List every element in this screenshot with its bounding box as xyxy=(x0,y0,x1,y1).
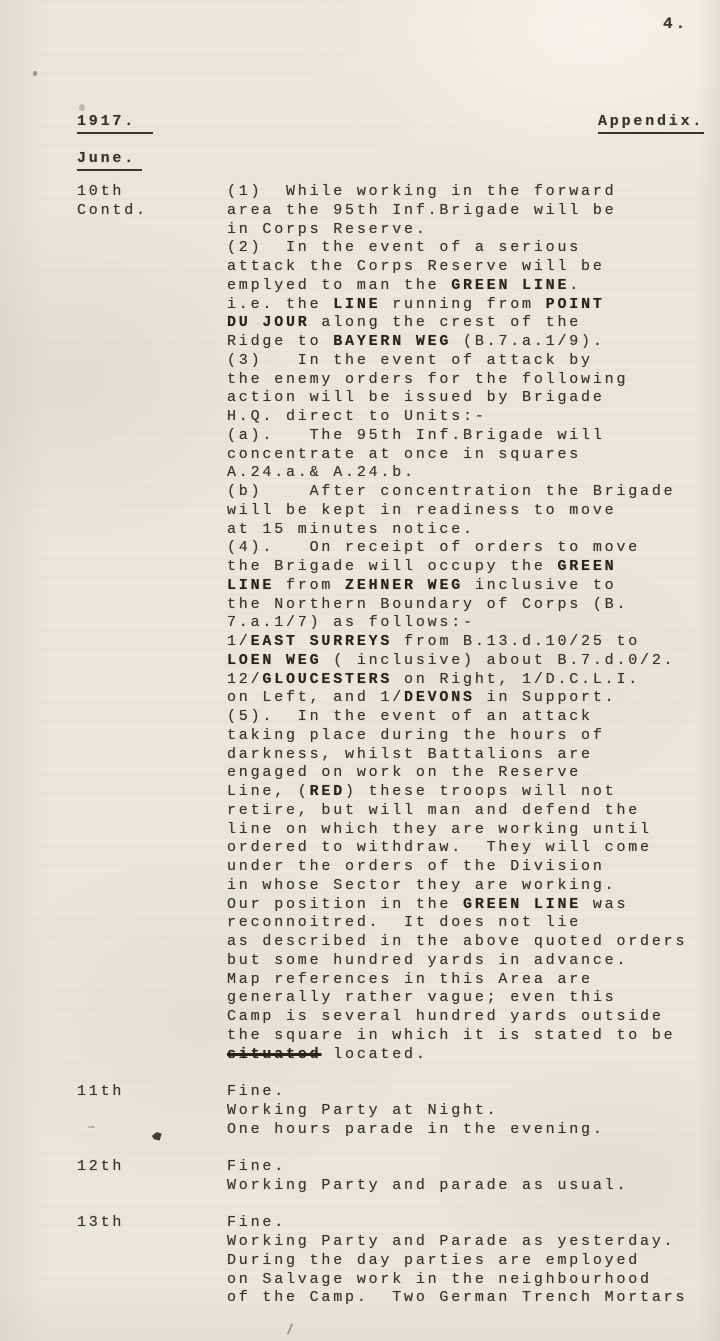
entry-text: Fine.Working Party at Night.One hours pa… xyxy=(227,1083,714,1139)
entry-line: reconnoitred. It does not lie xyxy=(227,914,714,933)
entry-line: Map references in this Area are xyxy=(227,971,714,990)
entry-line: H.Q. direct to Units:- xyxy=(227,408,714,427)
entry-line: ordered to withdraw. They will come xyxy=(227,839,714,858)
diary-entries: 10thContd.(1) While working in the forwa… xyxy=(77,183,714,1308)
entry-line: A.24.a.& A.24.b. xyxy=(227,464,714,483)
entry-line: LINE from ZEHNER WEG inclusive to xyxy=(227,577,714,596)
entry-line: in Corps Reserve. xyxy=(227,221,714,240)
entry-line: 12/GLOUCESTERS on Right, 1/D.C.L.I. xyxy=(227,671,714,690)
diary-entry: 11thFine.Working Party at Night.One hour… xyxy=(77,1083,714,1139)
entry-line: Working Party and Parade as yesterday. xyxy=(227,1233,714,1252)
entry-line: (2) In the event of a serious xyxy=(227,239,714,258)
entry-line: on Left, and 1/DEVONS in Support. xyxy=(227,689,714,708)
entry-line: area the 95th Inf.Brigade will be xyxy=(227,202,714,221)
entry-line: Fine. xyxy=(227,1083,714,1102)
entry-date: 11th xyxy=(77,1083,227,1102)
entry-line: (b) After concentration the Brigade xyxy=(227,483,714,502)
entry-line: the enemy orders for the following xyxy=(227,371,714,390)
entry-line: i.e. the LINE running from POINT xyxy=(227,296,714,315)
entry-line: Line, (RED) these troops will not xyxy=(227,783,714,802)
entry-line: 7.a.1/7) as follows:- xyxy=(227,614,714,633)
entry-line: Our position in the GREEN LINE was xyxy=(227,896,714,915)
document-page: 4. 1917. Appendix. June. 10thContd.(1) W… xyxy=(0,0,720,1341)
entry-line: Working Party and parade as usual. xyxy=(227,1177,714,1196)
entry-line: During the day parties are employed xyxy=(227,1252,714,1271)
entry-line: in whose Sector they are working. xyxy=(227,877,714,896)
entry-date: 12th xyxy=(77,1158,227,1177)
entry-line: on Salvage work in the neighbourhood xyxy=(227,1271,714,1290)
entry-date-line: 11th xyxy=(77,1083,227,1102)
entry-line: darkness, whilst Battalions are xyxy=(227,746,714,765)
entry-line: One hours parade in the evening. xyxy=(227,1121,714,1140)
paper-speck xyxy=(78,103,86,111)
paper-smudge xyxy=(88,1126,95,1128)
entry-line: retire, but will man and defend the xyxy=(227,802,714,821)
entry-line: (4). On receipt of orders to move xyxy=(227,539,714,558)
entry-line: Fine. xyxy=(227,1214,714,1233)
diary-entry: 10thContd.(1) While working in the forwa… xyxy=(77,183,714,1064)
entry-line: emplyed to man the GREEN LINE. xyxy=(227,277,714,296)
page-number: 4. xyxy=(663,15,688,33)
entry-date: 10thContd. xyxy=(77,183,227,221)
entry-line: (3) In the event of attack by xyxy=(227,352,714,371)
entry-line: Ridge to BAYERN WEG (B.7.a.1/9). xyxy=(227,333,714,352)
entry-line: the square in which it is stated to be xyxy=(227,1027,714,1046)
entry-line: will be kept in readiness to move xyxy=(227,502,714,521)
entry-line: under the orders of the Division xyxy=(227,858,714,877)
pen-slash-mark xyxy=(287,1323,293,1335)
paper-speck xyxy=(33,71,37,76)
entry-line: line on which they are working until xyxy=(227,821,714,840)
entry-text: Fine.Working Party and parade as usual. xyxy=(227,1158,714,1196)
entry-line: at 15 minutes notice. xyxy=(227,521,714,540)
entry-line: the Northern Boundary of Corps (B. xyxy=(227,596,714,615)
year-heading: 1917. xyxy=(77,113,153,134)
entry-line: of the Camp. Two German Trench Mortars xyxy=(227,1289,714,1308)
entry-text: (1) While working in the forwardarea the… xyxy=(227,183,714,1064)
entry-line: the Brigade will occupy the GREEN xyxy=(227,558,714,577)
entry-line: (a). The 95th Inf.Brigade will xyxy=(227,427,714,446)
entry-line: Camp is several hundred yards outside xyxy=(227,1008,714,1027)
entry-line: Working Party at Night. xyxy=(227,1102,714,1121)
entry-line: engaged on work on the Reserve xyxy=(227,764,714,783)
entry-line: 1/EAST SURREYS from B.13.d.10/25 to xyxy=(227,633,714,652)
entry-line: but some hundred yards in advance. xyxy=(227,952,714,971)
diary-entry: 12thFine.Working Party and parade as usu… xyxy=(77,1158,714,1196)
entry-line: DU JOUR along the crest of the xyxy=(227,314,714,333)
entry-line: (1) While working in the forward xyxy=(227,183,714,202)
entry-text: Fine.Working Party and Parade as yesterd… xyxy=(227,1214,714,1308)
entry-line: concentrate at once in squares xyxy=(227,446,714,465)
entry-line: (5). In the event of an attack xyxy=(227,708,714,727)
entry-line: generally rather vague; even this xyxy=(227,989,714,1008)
entry-date-line: 12th xyxy=(77,1158,227,1177)
entry-line: situated located. xyxy=(227,1046,714,1065)
diary-entry: 13thFine.Working Party and Parade as yes… xyxy=(77,1214,714,1308)
entry-line: taking place during the hours of xyxy=(227,727,714,746)
entry-date-line: 10th xyxy=(77,183,227,202)
entry-line: attack the Corps Reserve will be xyxy=(227,258,714,277)
entry-date-line: 13th xyxy=(77,1214,227,1233)
entry-date: 13th xyxy=(77,1214,227,1233)
entry-line: action will be issued by Brigade xyxy=(227,389,714,408)
appendix-heading: Appendix. xyxy=(598,113,704,134)
entry-line: as described in the above quoted orders xyxy=(227,933,714,952)
entry-date-line: Contd. xyxy=(77,202,227,221)
entry-line: Fine. xyxy=(227,1158,714,1177)
entry-line: LOEN WEG ( inclusive) about B.7.d.0/2. xyxy=(227,652,714,671)
month-heading: June. xyxy=(77,150,142,171)
